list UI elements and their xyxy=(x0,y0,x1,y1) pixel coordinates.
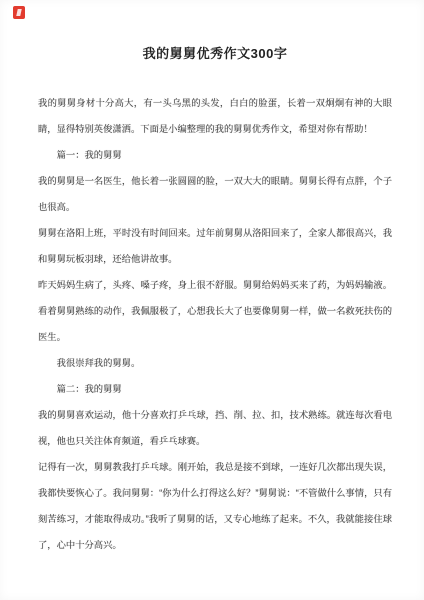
essay-paragraph: 记得有一次，舅舅教我打乒乓球。刚开始，我总是接不到球，一连好几次都出现失误，我都… xyxy=(38,454,392,558)
essay-paragraph: 我的舅舅是一名医生，他长着一张圆圆的脸，一双大大的眼睛。舅舅长得有点胖，个子也很… xyxy=(38,168,392,220)
essay-paragraph: 舅舅在洛阳上班，平时没有时间回来。过年前舅舅从洛阳回来了，全家人都很高兴，我和舅… xyxy=(38,220,392,272)
document-page: 我的舅舅优秀作文300字 我的舅舅身材十分高大，有一头乌黑的头发，白白的脸蛋，长… xyxy=(0,0,424,558)
essay-paragraph: 昨天妈妈生病了，头疼、嗓子疼，身上很不舒服。舅舅给妈妈买来了药，为妈妈输液。看着… xyxy=(38,272,392,350)
section-heading: 篇一：我的舅舅 xyxy=(38,142,392,168)
essay-body: 我的舅舅身材十分高大，有一头乌黑的头发，白白的脸蛋，长着一双炯炯有神的大眼睛，显… xyxy=(38,90,392,558)
essay-paragraph: 我的舅舅喜欢运动，他十分喜欢打乒乓球，挡、削、拉、扣，技术熟练。就连每次看电视，… xyxy=(38,402,392,454)
bookmark-icon xyxy=(13,6,25,19)
essay-paragraph: 我很崇拜我的舅舅。 xyxy=(38,350,392,376)
section-heading: 篇二：我的舅舅 xyxy=(38,376,392,402)
page-title: 我的舅舅优秀作文300字 xyxy=(38,44,392,64)
essay-paragraph: 我的舅舅身材十分高大，有一头乌黑的头发，白白的脸蛋，长着一双炯炯有神的大眼睛，显… xyxy=(38,90,392,142)
